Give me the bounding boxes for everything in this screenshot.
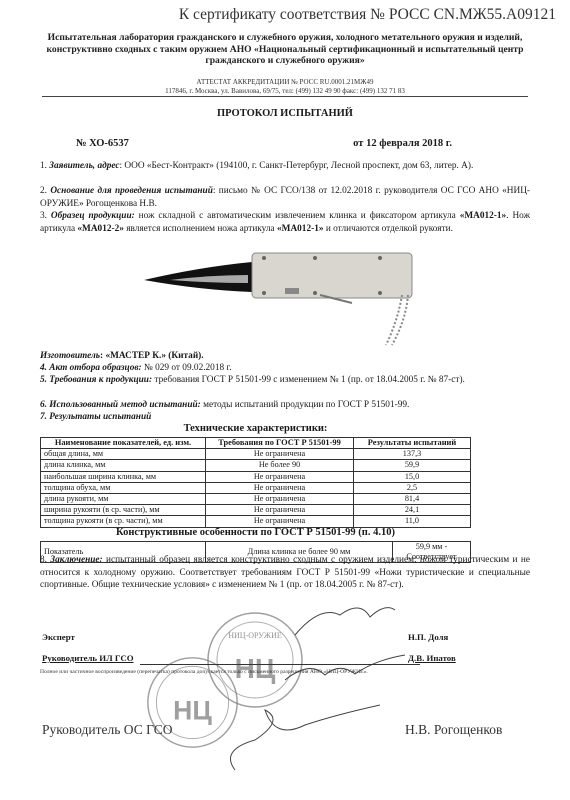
lab-name: Испытательная лаборатория гражданского и… xyxy=(40,32,530,67)
table-header-row: Наименование показателей, ед. изм. Требо… xyxy=(41,438,471,449)
sample-article: «МА012-1» xyxy=(277,224,323,234)
applicant-text: : ООО «Бест-Контракт» (194100, г. Санкт-… xyxy=(120,161,474,171)
expert-role: Эксперт xyxy=(42,632,75,642)
conclusion-number: 8. xyxy=(40,555,50,565)
table-cell: наибольшая ширина клинка, мм xyxy=(41,471,206,482)
knife-photo xyxy=(140,245,420,350)
manufacturer-label: Изготовитель xyxy=(40,351,100,361)
tech-table-title: Технические характеристики: xyxy=(40,423,471,434)
table-cell: Не более 90 xyxy=(206,460,354,471)
table-cell: длина рукояти, мм xyxy=(41,493,206,504)
table-row: наибольшая ширина клинка, ммНе ограничен… xyxy=(41,471,471,482)
sample-text: является исполнением ножа артикула xyxy=(124,224,277,234)
lab-address: 117846, г. Москва, ул. Вавилова, 69/75, … xyxy=(40,87,530,96)
protocol-date: от 12 февраля 2018 г. xyxy=(353,138,452,149)
conclusion-label: Заключение: xyxy=(50,555,102,565)
requirements-label: 5. Требования к продукции: xyxy=(40,375,152,385)
conclusion-text: испытанный образец является конструктивн… xyxy=(40,555,530,590)
lab-head-name: Д.В. Ипатов xyxy=(408,653,456,663)
signature-line xyxy=(140,664,420,665)
protocol-title: ПРОТОКОЛ ИСПЫТАНИЙ xyxy=(0,108,570,119)
column-header: Требования по ГОСТ Р 51501-99 xyxy=(206,438,354,449)
table-cell: Не ограничена xyxy=(206,449,354,460)
manufacturer-text: : «МАСТЕР К.» (Китай). xyxy=(100,351,204,361)
table-row: толщина обуха, ммНе ограничена2,5 xyxy=(41,482,471,493)
sample-article: «МА012-1» xyxy=(460,211,506,221)
item-sampling: 4. Акт отбора образцов: № 029 от 09.02.2… xyxy=(40,362,530,375)
basis-label: Основание для проведения испытаний xyxy=(50,186,213,196)
accreditation-block: АТТЕСТАТ АККРЕДИТАЦИИ № РОСС RU.0001.21М… xyxy=(40,78,530,96)
header-divider xyxy=(42,96,528,97)
item-manufacturer: Изготовитель: «МАСТЕР К.» (Китай). xyxy=(40,350,530,363)
table-cell: 2,5 xyxy=(354,482,471,493)
table-cell: 81,4 xyxy=(354,493,471,504)
table-cell: 59,9 xyxy=(354,460,471,471)
item-method: 6. Использованный метод испытаний: метод… xyxy=(40,399,530,412)
stamp-text: НИЦ-ОРУЖИЕ xyxy=(228,631,282,640)
requirements-text: требования ГОСТ Р 51501-99 с изменением … xyxy=(152,375,465,385)
os-head-name: Н.В. Рогощенков xyxy=(405,722,502,738)
table-cell: ширина рукояти (в ср. части), мм xyxy=(41,505,206,516)
sample-text: нож складной с автоматическим извлечение… xyxy=(135,211,460,221)
sample-article: «МА012-2» xyxy=(77,224,123,234)
protocol-number: № ХО-6537 xyxy=(76,138,129,149)
table-row: ширина рукояти (в ср. части), ммНе огран… xyxy=(41,505,471,516)
column-header: Наименование показателей, ед. изм. xyxy=(41,438,206,449)
lab-head-role: Руководитель ИЛ ГСО xyxy=(42,653,134,663)
sampling-text: № 029 от 09.02.2018 г. xyxy=(142,363,232,373)
copy-restriction-note: Полное или частичное воспроизведение (пе… xyxy=(40,669,368,675)
table-cell: 24,1 xyxy=(354,505,471,516)
os-head-role: Руководитель ОС ГСО xyxy=(42,722,172,738)
table-cell: 11,0 xyxy=(354,516,471,527)
expert-signature-icon xyxy=(290,595,400,640)
table-row: длина клинка, ммНе более 9059,9 xyxy=(41,460,471,471)
table-cell: Не ограничена xyxy=(206,505,354,516)
table-row: толщина рукояти (в ср. части), ммНе огра… xyxy=(41,516,471,527)
item-results: 7. Результаты испытаний xyxy=(40,411,530,424)
table-cell: общая длина, мм xyxy=(41,449,206,460)
accreditation-number: АТТЕСТАТ АККРЕДИТАЦИИ № РОСС RU.0001.21М… xyxy=(40,78,530,87)
results-label: 7. Результаты испытаний xyxy=(40,412,151,422)
table-cell: 137,3 xyxy=(354,449,471,460)
sample-label: Образец продукции: xyxy=(51,211,135,221)
sampling-label: 4. Акт отбора образцов: xyxy=(40,363,142,373)
item-applicant: 1. Заявитель, адрес: ООО «Бест-Контракт»… xyxy=(40,160,530,173)
column-header: Результаты испытаний xyxy=(354,438,471,449)
lab-head-signature-icon xyxy=(280,650,410,685)
table-cell: Не ограничена xyxy=(206,482,354,493)
table-cell: толщина обуха, мм xyxy=(41,482,206,493)
method-label: 6. Использованный метод испытаний: xyxy=(40,400,201,410)
table-cell: толщина рукояти (в ср. части), мм xyxy=(41,516,206,527)
stamp-logo: НЦ xyxy=(173,696,212,726)
table-cell: Не ограничена xyxy=(206,493,354,504)
sample-text: и отличаются отделкой рукояти. xyxy=(324,224,453,234)
item-basis: 2. Основание для проведения испытаний: п… xyxy=(40,185,530,210)
applicant-label: Заявитель, адрес xyxy=(49,161,119,171)
conclusion: 8. Заключение: испытанный образец являет… xyxy=(40,554,530,592)
table-row: длина рукояти, ммНе ограничена81,4 xyxy=(41,493,471,504)
item-sample: 3. Образец продукции: нож складной с авт… xyxy=(40,210,530,235)
table-cell: длина клинка, мм xyxy=(41,460,206,471)
table-cell: 15,0 xyxy=(354,471,471,482)
table-row: общая длина, ммНе ограничена137,3 xyxy=(41,449,471,460)
tech-characteristics-table: Наименование показателей, ед. изм. Требо… xyxy=(40,437,471,528)
expert-name: Н.П. Доля xyxy=(408,632,448,642)
os-head-signature-icon xyxy=(215,700,385,775)
item-requirements: 5. Требования к продукции: требования ГО… xyxy=(40,374,500,387)
table-cell: Не ограничена xyxy=(206,516,354,527)
table-cell: Не ограничена xyxy=(206,471,354,482)
method-text: методы испытаний продукции по ГОСТ Р 515… xyxy=(201,400,410,410)
certificate-reference: К сертификату соответствия № РОСС CN.МЖ5… xyxy=(0,6,556,24)
constructive-table-title: Конструктивные особенности по ГОСТ Р 515… xyxy=(40,527,471,538)
